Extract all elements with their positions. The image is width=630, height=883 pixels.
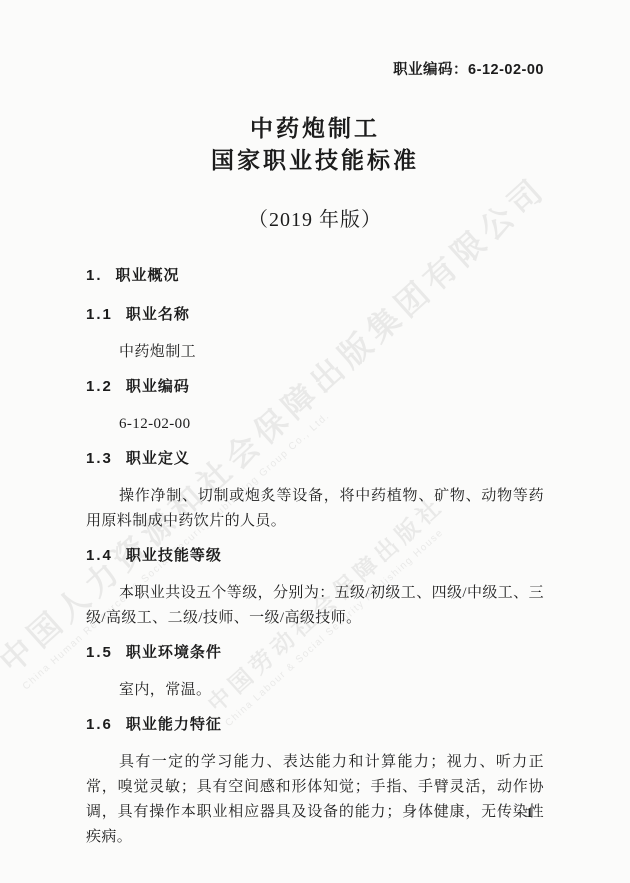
section-number: 1.4 — [86, 547, 113, 564]
edition-label: （2019 年版） — [86, 203, 544, 232]
section-heading-occupation-name: 1.1职业名称 — [86, 307, 544, 323]
document-title: 中药炮制工 国家职业技能标准 — [86, 112, 544, 176]
section-heading-ability-traits: 1.6职业能力特征 — [86, 717, 544, 733]
occupation-definition-text: 操作净制、切制或炮炙等设备，将中药植物、矿物、动物等药用原料制成中药饮片的人员。 — [86, 484, 544, 534]
section-number: 1.5 — [86, 644, 113, 661]
section-number: 1.2 — [86, 378, 113, 395]
section-heading-overview: 1.职业概况 — [86, 268, 544, 284]
section-heading-skill-levels: 1.4职业技能等级 — [86, 548, 544, 564]
occupation-name-text: 中药炮制工 — [86, 340, 544, 365]
section-number: 1.1 — [86, 306, 113, 323]
document-page: 职业编码：6-12-02-00 中药炮制工 国家职业技能标准 （2019 年版）… — [0, 0, 630, 883]
ability-traits-text: 具有一定的学习能力、表达能力和计算能力；视力、听力正常，嗅觉灵敏；具有空间感和形… — [86, 750, 544, 850]
document-title-line1: 中药炮制工 — [86, 112, 544, 144]
page-number: 1 — [526, 806, 533, 822]
section-title: 职业环境条件 — [126, 644, 222, 661]
occupation-code-header: 职业编码：6-12-02-00 — [86, 0, 544, 79]
section-heading-occupation-definition: 1.3职业定义 — [86, 451, 544, 467]
environment-text: 室内，常温。 — [86, 678, 544, 703]
occupation-code-text: 6-12-02-00 — [86, 412, 544, 437]
section-number: 1.3 — [86, 450, 113, 467]
skill-levels-text: 本职业共设五个等级，分别为：五级/初级工、四级/中级工、三级/高级工、二级/技师… — [86, 581, 544, 631]
section-number: 1. — [86, 267, 103, 284]
section-title: 职业名称 — [126, 306, 190, 323]
section-title: 职业定义 — [126, 450, 190, 467]
section-title: 职业技能等级 — [126, 547, 222, 564]
section-title: 职业能力特征 — [126, 716, 222, 733]
document-title-line2: 国家职业技能标准 — [86, 144, 544, 176]
section-heading-environment: 1.5职业环境条件 — [86, 645, 544, 661]
section-number: 1.6 — [86, 716, 113, 733]
section-title: 职业概况 — [116, 267, 180, 284]
section-title: 职业编码 — [126, 378, 190, 395]
section-heading-occupation-code: 1.2职业编码 — [86, 379, 544, 395]
